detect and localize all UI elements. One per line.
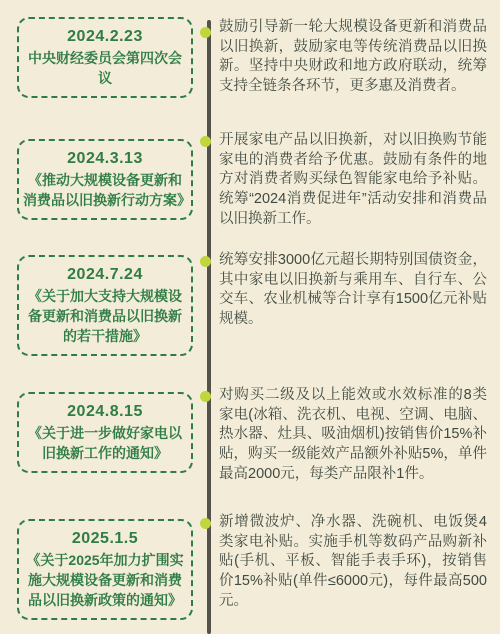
event-title: 《关于2025年加力扩围实施大规模设备更新和消费品以旧换新政策的通知》 — [23, 550, 187, 610]
event-description: 开展家电产品以旧换新，对以旧换购节能家电的消费者给予优惠。鼓励有条件的地方对消费… — [219, 131, 487, 230]
event-description: 对购买二级及以上能效或水效标准的8类家电(冰箱、洗衣机、电视、空调、电脑、热水器… — [219, 386, 487, 485]
timeline-bullet-icon — [200, 136, 211, 147]
timeline-date-box-4: 2024.8.15 《关于进一步做好家电以旧换新工作的通知》 — [17, 392, 193, 473]
event-title: 《关于加大支持大规模设备更新和消费品以旧换新的若干措施》 — [23, 286, 187, 346]
timeline-date-box-1: 2024.2.23 中央财经委员会第四次会议 — [17, 17, 193, 98]
timeline-bullet-icon — [200, 518, 211, 529]
event-date: 2024.3.13 — [23, 148, 187, 170]
event-description: 新增微波炉、净水器、洗碗机、电饭煲4类家电补贴。实施手机等数码产品购新补贴(手机… — [219, 513, 487, 612]
event-date: 2025.1.5 — [23, 528, 187, 550]
timeline-bullet-icon — [200, 391, 211, 402]
timeline-bullet-icon — [200, 27, 211, 38]
event-date: 2024.7.24 — [23, 264, 187, 286]
event-description: 鼓励引导新一轮大规模设备更新和消费品以旧换新，鼓励家电等传统消费品以旧换新。坚持… — [219, 18, 487, 97]
event-title: 中央财经委员会第四次会议 — [23, 48, 187, 88]
event-title: 《关于进一步做好家电以旧换新工作的通知》 — [23, 423, 187, 463]
timeline-date-box-5: 2025.1.5 《关于2025年加力扩围实施大规模设备更新和消费品以旧换新政策… — [17, 519, 193, 620]
event-date: 2024.2.23 — [23, 26, 187, 48]
event-description: 统筹安排3000亿元超长期特别国债资金，其中家电以旧换新与乘用车、自行车、公交车… — [219, 251, 487, 330]
timeline-vertical-line — [207, 20, 211, 634]
event-date: 2024.8.15 — [23, 401, 187, 423]
timeline-date-box-3: 2024.7.24 《关于加大支持大规模设备更新和消费品以旧换新的若干措施》 — [17, 255, 193, 356]
policy-timeline-infographic: 2024.2.23 中央财经委员会第四次会议 鼓励引导新一轮大规模设备更新和消费… — [0, 0, 500, 634]
event-title: 《推动大规模设备更新和消费品以旧换新行动方案》 — [23, 170, 187, 210]
timeline-bullet-icon — [200, 256, 211, 267]
timeline-date-box-2: 2024.3.13 《推动大规模设备更新和消费品以旧换新行动方案》 — [17, 139, 193, 220]
